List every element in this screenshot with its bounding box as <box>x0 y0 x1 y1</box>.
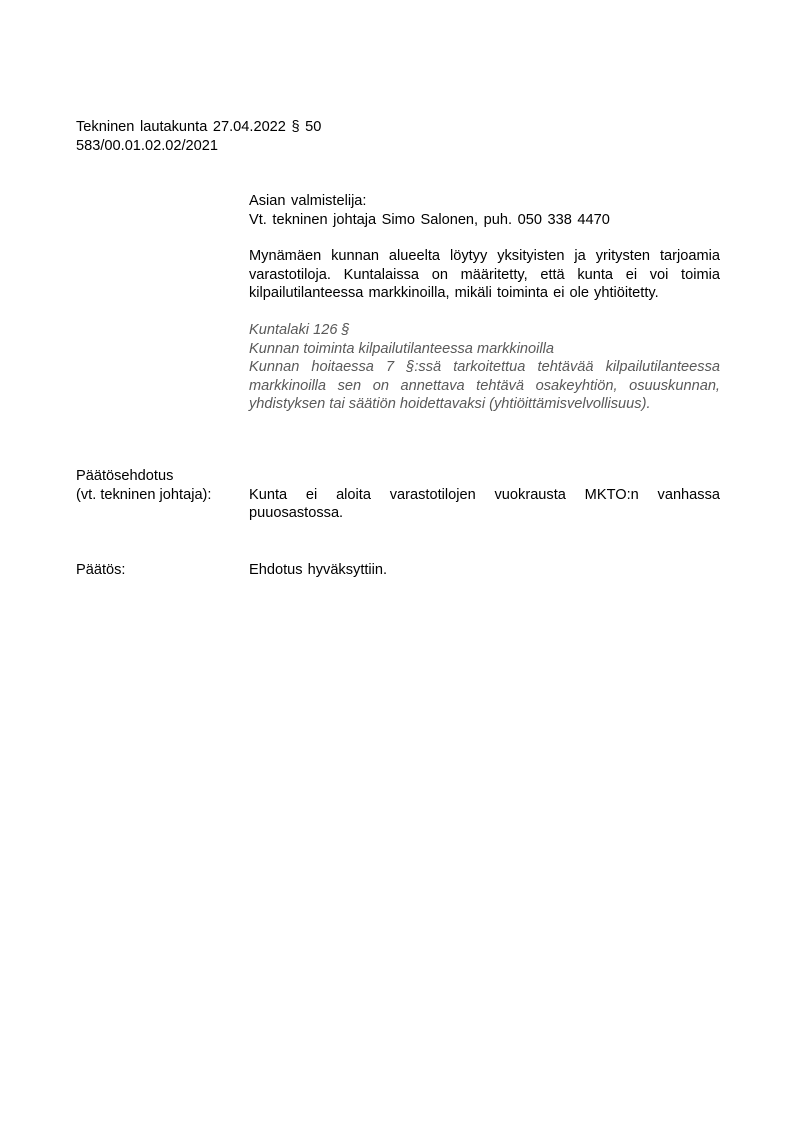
decision-text: Ehdotus hyväksyttiin. <box>249 561 720 580</box>
law-title: Kuntalaki 126 § <box>249 321 720 340</box>
proposal-label-line1: Päätösehdotus <box>76 467 246 486</box>
law-quote: Kuntalaki 126 § Kunnan toiminta kilpailu… <box>249 321 720 414</box>
proposal-label: Päätösehdotus (vt. tekninen johtaja): <box>76 467 246 504</box>
committee-meeting-line: Tekninen lautakunta 27.04.2022 § 50 <box>76 118 321 137</box>
law-text: Kunnan hoitaessa 7 §:ssä tarkoitettua te… <box>249 358 720 414</box>
document-header: Tekninen lautakunta 27.04.2022 § 50 583/… <box>76 118 321 155</box>
background-paragraph: Mynämäen kunnan alueelta löytyy yksityis… <box>249 247 720 303</box>
decision-label: Päätös: <box>76 561 246 580</box>
proposal-text: Kunta ei aloita varastotilojen vuokraust… <box>249 486 720 523</box>
proposal-label-line2: (vt. tekninen johtaja): <box>76 486 246 505</box>
reference-number: 583/00.01.02.02/2021 <box>76 137 321 156</box>
case-preparer: Asian valmistelija: Vt. tekninen johtaja… <box>249 192 720 229</box>
law-subtitle: Kunnan toiminta kilpailutilanteessa mark… <box>249 340 720 359</box>
document-page: Tekninen lautakunta 27.04.2022 § 50 583/… <box>0 0 794 1122</box>
preparer-contact: Vt. tekninen johtaja Simo Salonen, puh. … <box>249 211 720 230</box>
preparer-label: Asian valmistelija: <box>249 192 720 211</box>
